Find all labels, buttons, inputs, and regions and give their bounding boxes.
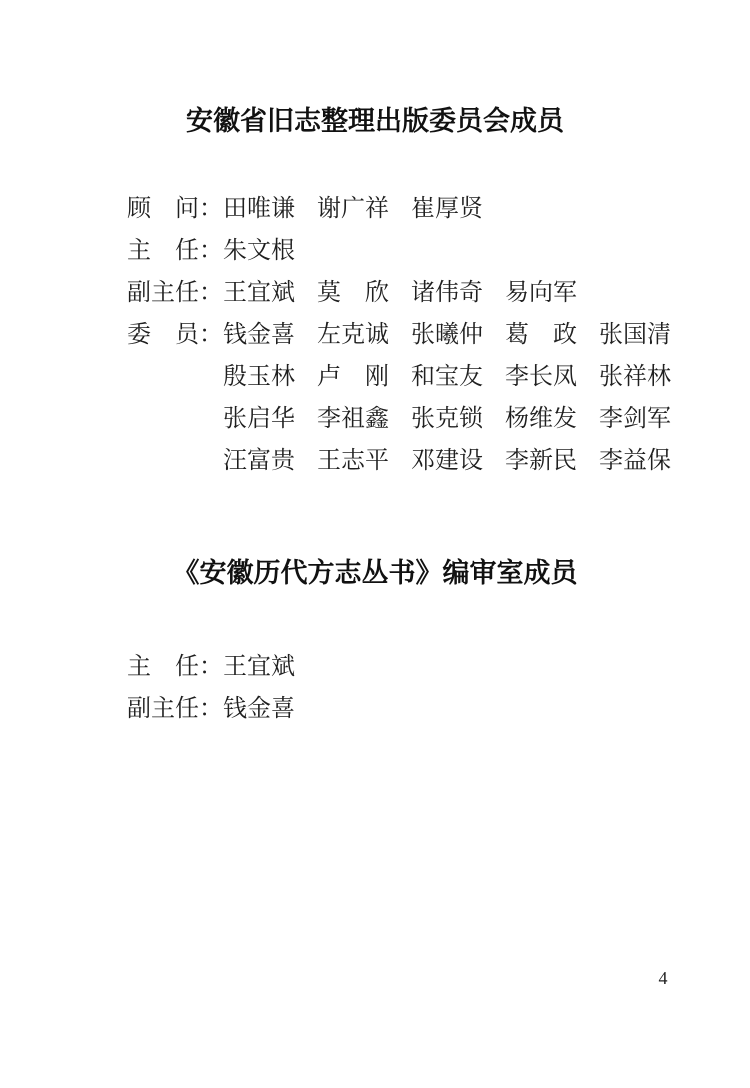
name-list: 王宜斌 莫 欣 诸伟奇 易向军 (223, 272, 577, 314)
person-name: 杨维发 (505, 398, 577, 440)
person-name: 王志平 (317, 440, 389, 482)
person-name: 朱文根 (223, 230, 295, 272)
person-name: 李祖鑫 (317, 398, 389, 440)
person-name: 谢广祥 (317, 188, 389, 230)
person-name: 诸伟奇 (411, 272, 483, 314)
person-name: 李剑军 (599, 398, 671, 440)
name-list: 田唯谦 谢广祥 崔厚贤 (223, 188, 483, 230)
role-label: 副主任： (127, 688, 223, 730)
scanned-document-page: 安徽省旧志整理出版委员会成员 顾 问： 田唯谦 谢广祥 崔厚贤 主 任： 朱文根… (0, 0, 750, 1088)
section1-title: 安徽省旧志整理出版委员会成员 (0, 104, 750, 138)
person-name: 张克锁 (411, 398, 483, 440)
name-list: 钱金喜 左克诚 张曦仲 葛 政 张国清 (223, 314, 671, 356)
person-name: 殷玉林 (223, 356, 295, 398)
name-list: 朱文根 (223, 230, 295, 272)
person-name: 易向军 (505, 272, 577, 314)
person-name: 钱金喜 (223, 314, 295, 356)
name-list: 汪富贵 王志平 邓建设 李新民 李益保 (223, 440, 671, 482)
person-name: 张启华 (223, 398, 295, 440)
person-name: 王宜斌 (223, 272, 295, 314)
person-name: 钱金喜 (223, 688, 295, 730)
name-list: 王宜斌 (223, 646, 295, 688)
person-name: 葛 政 (505, 314, 577, 356)
person-name: 邓建设 (411, 440, 483, 482)
person-name: 张曦仲 (411, 314, 483, 356)
person-name: 李长凤 (505, 356, 577, 398)
person-name: 田唯谦 (223, 188, 295, 230)
role-label: 主 任： (127, 230, 223, 272)
role-label: 顾 问： (127, 188, 223, 230)
person-name: 和宝友 (411, 356, 483, 398)
person-name: 卢 刚 (317, 356, 389, 398)
page-number: 4 (648, 966, 678, 990)
person-name: 崔厚贤 (411, 188, 483, 230)
name-list: 殷玉林 卢 刚 和宝友 李长凤 张祥林 (223, 356, 671, 398)
role-label: 主 任： (127, 646, 223, 688)
person-name: 左克诚 (317, 314, 389, 356)
name-list: 张启华 李祖鑫 张克锁 杨维发 李剑军 (223, 398, 671, 440)
role-label: 副主任： (127, 272, 223, 314)
person-name: 张祥林 (599, 356, 671, 398)
person-name: 李益保 (599, 440, 671, 482)
person-name: 王宜斌 (223, 646, 295, 688)
person-name: 李新民 (505, 440, 577, 482)
section2-title: 《安徽历代方志丛书》编审室成员 (0, 556, 750, 590)
person-name: 张国清 (599, 314, 671, 356)
person-name: 莫 欣 (317, 272, 389, 314)
role-label: 委 员： (127, 314, 223, 356)
name-list: 钱金喜 (223, 688, 295, 730)
person-name: 汪富贵 (223, 440, 295, 482)
